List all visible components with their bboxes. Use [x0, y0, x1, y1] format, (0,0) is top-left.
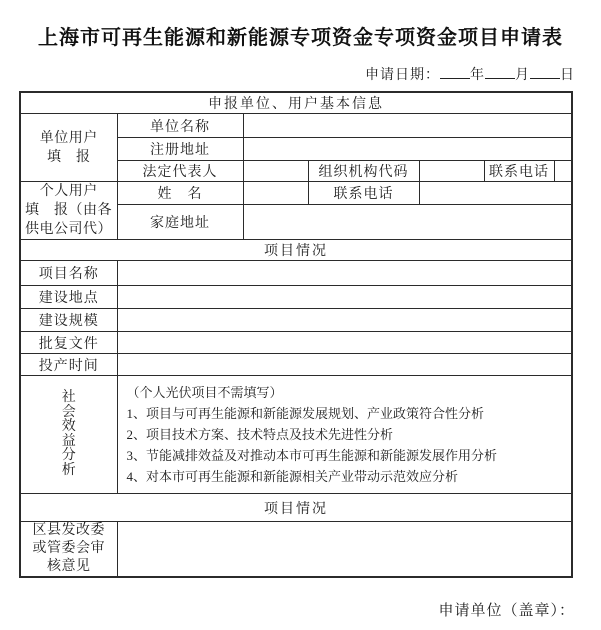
- org-code-label: 组织机构代码: [308, 161, 419, 182]
- home-address-field[interactable]: [243, 205, 572, 240]
- construction-site-label: 建设地点: [20, 286, 117, 309]
- social-benefit-content: （个人光伏项目不需填写） 1、项目与可再生能源和新能源发展规划、产业政策符合性分…: [117, 376, 572, 494]
- application-date-line: 申请日期：年月日: [365, 64, 575, 84]
- date-label: 申请日期：: [365, 68, 440, 83]
- individual-user-group-label: 个人用户 填 报（由各 供电公司代）: [20, 182, 117, 240]
- registered-address-field[interactable]: [243, 138, 572, 161]
- unit-name-field[interactable]: [243, 114, 572, 138]
- applicant-stamp-label: 申请单位（盖章）：: [438, 599, 575, 620]
- legal-rep-field[interactable]: [243, 161, 308, 182]
- unit-user-group-label: 单位用户 填 报: [20, 114, 117, 182]
- section-header-review: 项目情况: [20, 494, 572, 522]
- review-opinion-field[interactable]: [117, 522, 572, 578]
- production-time-field[interactable]: [117, 354, 572, 376]
- analysis-item: 4、对本市可再生能源和新能源相关产业带动示范效应分析: [127, 466, 564, 487]
- date-blank-day[interactable]: [530, 65, 560, 79]
- unit-phone-field[interactable]: [554, 161, 572, 182]
- application-form-table: 申报单位、用户基本信息 单位用户 填 报 单位名称 注册地址 法定代表人 组织机…: [19, 91, 573, 578]
- social-benefit-note: （个人光伏项目不需填写）: [127, 382, 564, 403]
- section-header-project: 项目情况: [20, 240, 572, 261]
- year-suffix: 年: [470, 68, 485, 83]
- person-phone-label: 联系电话: [308, 182, 419, 205]
- social-benefit-label: 社会效益分析: [20, 376, 117, 494]
- person-phone-field[interactable]: [419, 182, 572, 205]
- month-suffix: 月: [515, 68, 530, 83]
- date-blank-year[interactable]: [440, 65, 470, 79]
- legal-rep-label: 法定代表人: [117, 161, 243, 182]
- project-name-label: 项目名称: [20, 261, 117, 286]
- production-time-label: 投产时间: [20, 354, 117, 376]
- application-form-page: 上海市可再生能源和新能源专项资金专项资金项目申请表 申请日期：年月日 申报单位、…: [0, 0, 601, 630]
- org-code-field[interactable]: [419, 161, 484, 182]
- construction-scale-label: 建设规模: [20, 309, 117, 332]
- form-title: 上海市可再生能源和新能源专项资金专项资金项目申请表: [0, 21, 601, 50]
- day-suffix: 日: [560, 68, 575, 83]
- person-name-label: 姓 名: [117, 182, 243, 205]
- analysis-item: 2、项目技术方案、技术特点及技术先进性分析: [127, 424, 564, 445]
- review-opinion-label: 区县发改委 或管委会审 核意见: [20, 522, 117, 578]
- registered-address-label: 注册地址: [117, 138, 243, 161]
- project-name-field[interactable]: [117, 261, 572, 286]
- section-header-basic-info: 申报单位、用户基本信息: [20, 92, 572, 114]
- person-name-field[interactable]: [243, 182, 308, 205]
- date-blank-month[interactable]: [485, 65, 515, 79]
- home-address-label: 家庭地址: [117, 205, 243, 240]
- analysis-item: 3、节能减排效益及对推动本市可再生能源和新能源发展作用分析: [127, 445, 564, 466]
- analysis-item: 1、项目与可再生能源和新能源发展规划、产业政策符合性分析: [127, 403, 564, 424]
- unit-phone-label: 联系电话: [484, 161, 554, 182]
- construction-scale-field[interactable]: [117, 309, 572, 332]
- construction-site-field[interactable]: [117, 286, 572, 309]
- unit-name-label: 单位名称: [117, 114, 243, 138]
- approval-doc-field[interactable]: [117, 332, 572, 354]
- approval-doc-label: 批复文件: [20, 332, 117, 354]
